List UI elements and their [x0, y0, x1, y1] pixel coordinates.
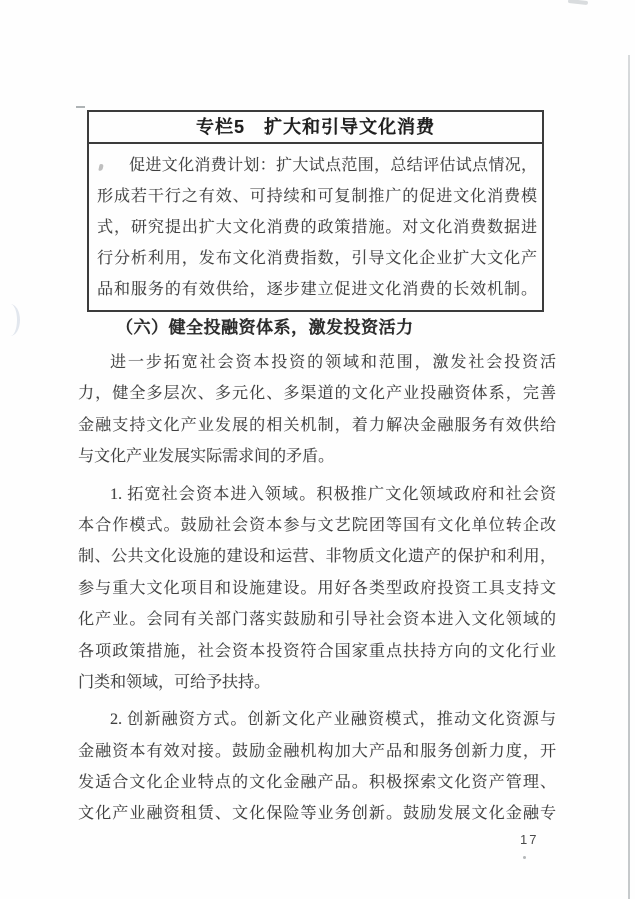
- column-box-body: 促进文化消费计划：扩大试点范围，总结评估试点情况，形成若干行之有效、可持续和可复…: [89, 144, 542, 310]
- text-line: 化产业。会同有关部门落实鼓励和引导社会资本进入文化领域的: [78, 604, 556, 635]
- paragraph: 进一步拓宽社会资本投资的领域和范围，激发社会投资活力，健全多层次、多元化、多渠道…: [78, 347, 556, 473]
- body-paragraphs: 进一步拓宽社会资本投资的领域和范围，激发社会投资活力，健全多层次、多元化、多渠道…: [78, 347, 556, 830]
- text-line: 力，健全多层次、多元化、多渠道的文化产业投融资体系，完善: [78, 378, 556, 409]
- body-text: （六）健全投融资体系，激发投资活力 进一步拓宽社会资本投资的领域和范围，激发社会…: [78, 312, 556, 830]
- section-heading: （六）健全投融资体系，激发投资活力: [78, 312, 556, 344]
- text-line: 2. 创新融资方式。创新文化产业融资模式，推动文化资源与: [78, 704, 556, 735]
- document-page: 专栏5 扩大和引导文化消费 促进文化消费计划：扩大试点范围，总结评估试点情况，形…: [0, 0, 635, 899]
- scan-smudge-left: [4, 304, 20, 336]
- text-line: 与文化产业发展实际需求间的矛盾。: [78, 441, 556, 472]
- paragraph: 1. 拓宽社会资本进入领域。积极推广文化领域政府和社会资本合作模式。鼓励社会资本…: [78, 479, 556, 699]
- scan-dot-artifact: [523, 856, 526, 859]
- page-number: 17: [520, 832, 538, 847]
- column-box-title: 专栏5 扩大和引导文化消费: [89, 112, 542, 144]
- text-line: 式，研究提出扩大文化消费的政策措施。对文化消费数据进: [97, 212, 537, 243]
- column-box-panel: 专栏5 扩大和引导文化消费 促进文化消费计划：扩大试点范围，总结评估试点情况，形…: [87, 110, 544, 312]
- text-line: 1. 拓宽社会资本进入领域。积极推广文化领域政府和社会资: [78, 479, 556, 510]
- text-line: 门类和领域，可给予扶持。: [78, 667, 556, 698]
- text-line: 文化产业融资租赁、文化保险等业务创新。鼓励发展文化金融专: [78, 798, 556, 829]
- text-line: 发适合文化企业特点的文化金融产品。积极探索文化资产管理、: [78, 767, 556, 798]
- paragraph: 2. 创新融资方式。创新文化产业融资模式，推动文化资源与金融资本有效对接。鼓励金…: [78, 704, 556, 830]
- text-line: 各项政策措施，社会资本投资符合国家重点扶持方向的文化行业: [78, 636, 556, 667]
- text-line: 制、公共文化设施的建设和运营、非物质文化遗产的保护和利用，: [78, 541, 556, 572]
- text-line: 形成若干行之有效、可持续和可复制推广的促进文化消费模: [97, 181, 537, 212]
- text-line: 参与重大文化项目和设施建设。用好各类型政府投资工具支持文: [78, 573, 556, 604]
- scan-smudge-top-right: [568, 0, 588, 5]
- scan-edge-line: [628, 55, 630, 899]
- text-line: 促进文化消费计划：扩大试点范围，总结评估试点情况，: [97, 150, 537, 181]
- scan-dash-artifact: [76, 106, 85, 108]
- text-line: 进一步拓宽社会资本投资的领域和范围，激发社会投资活: [78, 347, 556, 378]
- text-line: 金融支持文化产业发展的相关机制，着力解决金融服务有效供给: [78, 410, 556, 441]
- text-line: 行分析利用，发布文化消费指数，引导文化企业扩大文化产: [97, 243, 537, 274]
- text-line: 品和服务的有效供给，逐步建立促进文化消费的长效机制。: [97, 274, 537, 305]
- text-line: 本合作模式。鼓励社会资本参与文艺院团等国有文化单位转企改: [78, 510, 556, 541]
- text-line: 金融资本有效对接。鼓励金融机构加大产品和服务创新力度，开: [78, 736, 556, 767]
